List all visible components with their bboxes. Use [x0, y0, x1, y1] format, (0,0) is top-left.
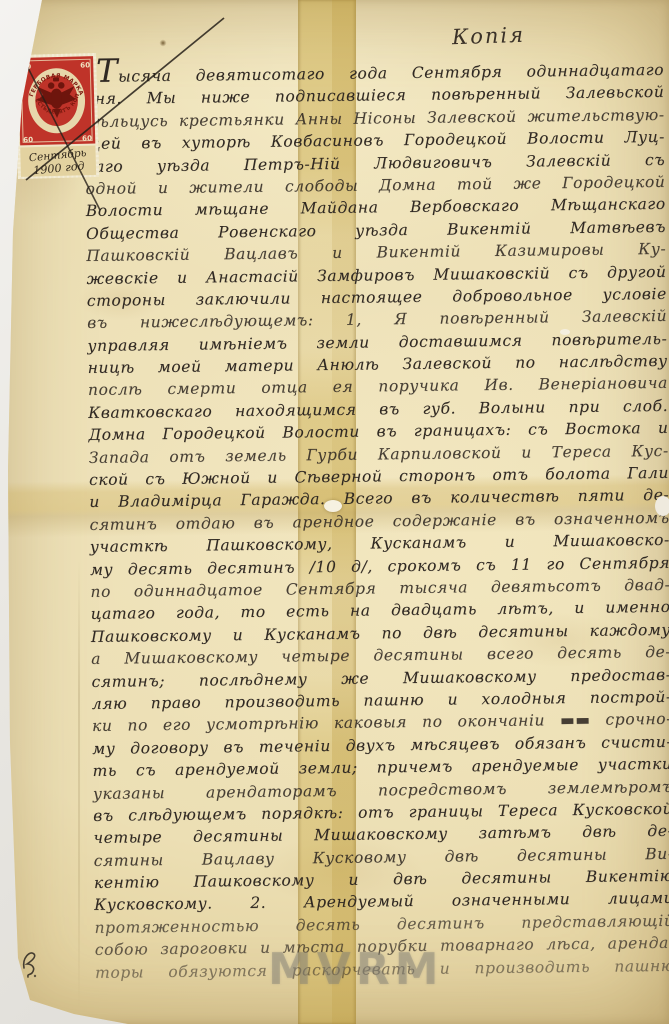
- document-heading: Копія: [452, 23, 526, 50]
- stamp-corner-value: 60: [82, 133, 92, 142]
- crease-vertical-left: [78, 560, 80, 1010]
- stamp-corner-value: 60: [23, 135, 33, 144]
- revenue-stamp: 60 60 60 60 ГЕРБОВАЯ МАРКА ШЕСТЬДЕСЯТЪ К…: [12, 51, 101, 181]
- paper-sheet: Копія Тысяча девятисотаго года Сентября …: [0, 0, 669, 1024]
- scanned-document: Копія Тысяча девятисотаго года Сентября …: [0, 0, 669, 1024]
- stamp-corner-value: 60: [80, 60, 90, 69]
- ink-squiggle-mark-icon: [18, 946, 44, 980]
- stamp-corner-value: 60: [21, 62, 31, 71]
- handwritten-body: Тысяча девятисотаго года Сентября одинна…: [84, 59, 669, 984]
